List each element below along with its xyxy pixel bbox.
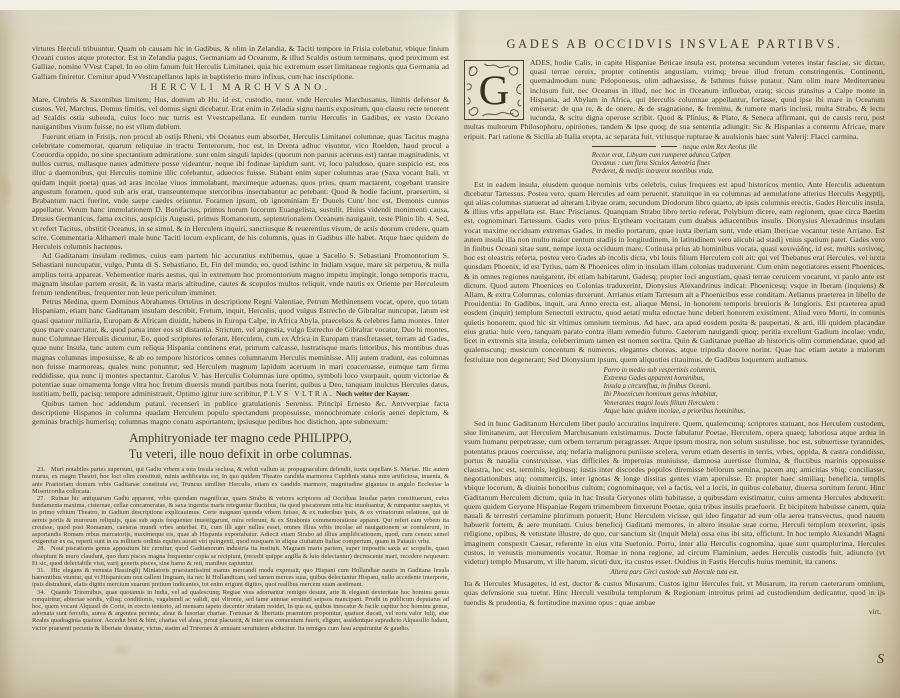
left-paragraph-5: Petrus Medina, quem Dominus Abrahamus Or… — [32, 297, 449, 398]
right-paragraph-3: Sed in hunc Gaditanum Herculem libet pau… — [464, 419, 885, 566]
map-note-number: 31. — [32, 567, 51, 574]
verse-line: Atque hanc quidem incolae, a prioribus h… — [604, 408, 746, 416]
verse-dash-rule — [661, 146, 677, 147]
left-paragraph-6: Quibus tamen hoc addendum putaui. recens… — [32, 399, 449, 427]
valerius-flaccus-verse: neque enim Rex Aeolus ille Rector erat, … — [592, 144, 758, 177]
verse-line: Oceanus : cum flens Siculos Aenotria fin… — [592, 160, 758, 168]
decorated-initial-G: G — [464, 60, 524, 120]
verse-line: Rector erat, Libyam cum rumperet adunca … — [592, 152, 758, 160]
page-right: GADES AB OCCIDVIS INSVLAE PARTIBVS. — [464, 36, 885, 692]
left-paragraph-2: Mare, Cimbris & Saxonibus limitem; Hus, … — [32, 95, 449, 132]
verse-line: Ibi Phoenicum hominum genus inhabitat, — [604, 391, 746, 399]
signature-mark: S — [877, 652, 884, 668]
map-note-text: Noui piscationis genus appositum hic cer… — [32, 545, 449, 566]
map-note: 34.Quando Triremibus, quae quotannis in … — [32, 589, 449, 632]
left-paragraph-3: Fuerunt etiam in Frisijs, non procul ab … — [32, 132, 449, 252]
verse-line: Porro in medio sub vespertinis columnis, — [604, 367, 746, 375]
right-paragraph-4: Ita & Hercules Musagetes, id est, ductor… — [464, 579, 885, 607]
verse-line: Perderet, & medijs intrarent montibus vn… — [592, 168, 758, 176]
verse-line: neque enim Rex Aeolus ille — [592, 144, 758, 152]
map-note-text: Quando Triremibus, quae quotannis in Ind… — [32, 589, 449, 632]
map-note: 31.Hic elegans & venusta Hassinglij Mini… — [32, 567, 449, 589]
map-note-text: Hic elegans & venusta Hassinglij Miniato… — [32, 567, 449, 588]
german-blackletter-phrase: Noch weiter der Kayser. — [336, 389, 409, 398]
catchword: virt. — [464, 607, 885, 616]
verse-dash-rule — [592, 146, 656, 147]
verse-line: Extrema Gades apparent hominibus, — [604, 375, 746, 383]
map-key-notes: 23.Muri notabiles partes supersunt, qui … — [32, 466, 449, 632]
left-paragraph-4: Ad Gaditanam insulam redimus, cuius eam … — [32, 251, 449, 297]
map-note-number: 34. — [32, 589, 51, 596]
verse-line: Insula a circumflua, in finibus Oceani, — [604, 383, 746, 391]
floral-woodcut-ornament-icon: G — [465, 61, 523, 119]
philippo-distich: Amphitryoniade ter magno cede PHILIPPO, … — [32, 431, 449, 462]
verse-text: neque enim Rex Aeolus ille — [683, 144, 758, 151]
map-note-number: 23. — [32, 466, 51, 473]
section-heading-herculi-marchvsano: HERCVLI MARCHVSANO. — [32, 82, 449, 94]
distich-line-1: Amphitryoniade ter magno cede PHILIPPO, — [32, 431, 449, 447]
right-paragraph-1: ADES, hodie Calis, in capite Hispaniae B… — [464, 58, 885, 141]
map-note-number: 27. — [32, 495, 51, 502]
map-note-text: Ruinae hic antiquarum Gadiu apparent, vr… — [32, 495, 449, 545]
map-note-number: 28. — [32, 545, 51, 552]
opening-paragraph: G ADES, hodie Calis, in capite Hispaniae… — [464, 58, 885, 141]
plus-vltra-motto: PLVS VLTRA. — [264, 389, 334, 398]
initial-letter: G — [479, 68, 510, 115]
map-note: 23.Muri notabiles partes supersunt, qui … — [32, 466, 449, 495]
page-left: virtutes Herculi tribuuntur. Quam ob cau… — [32, 44, 449, 690]
dionysius-verse: Porro in medio sub vespertinis columnis,… — [604, 367, 746, 416]
paper-spread: virtutes Herculi tribuuntur. Quam ob cau… — [0, 10, 900, 698]
left-paragraph-5-text: Petrus Medina, quem Dominus Abrahamus Or… — [32, 297, 449, 398]
verse-line: Venerantes magni Iouis filium Herculem : — [604, 400, 746, 408]
map-note: 27.Ruinae hic antiquarum Gadiu apparent,… — [32, 495, 449, 545]
distich-line-2: Tu veteri, ille nouo defixit in orbe col… — [32, 447, 449, 463]
right-paragraph-2: Est in eadem insula, eiusdem quoque nomi… — [464, 180, 885, 364]
book-scan: virtutes Herculi tribuuntur. Quam ob cau… — [0, 0, 900, 698]
left-paragraph-1: virtutes Herculi tribuuntur. Quam ob cau… — [32, 44, 449, 81]
map-note-text: Muri notabiles partes supersunt, qui Gad… — [32, 466, 449, 495]
map-note: 28.Noui piscationis genus appositum hic … — [32, 545, 449, 567]
page-title: GADES AB OCCIDVIS INSVLAE PARTIBVS. — [464, 36, 885, 52]
ovid-verse-line: Altera pars Circi custode sub Hercule tu… — [464, 568, 885, 577]
